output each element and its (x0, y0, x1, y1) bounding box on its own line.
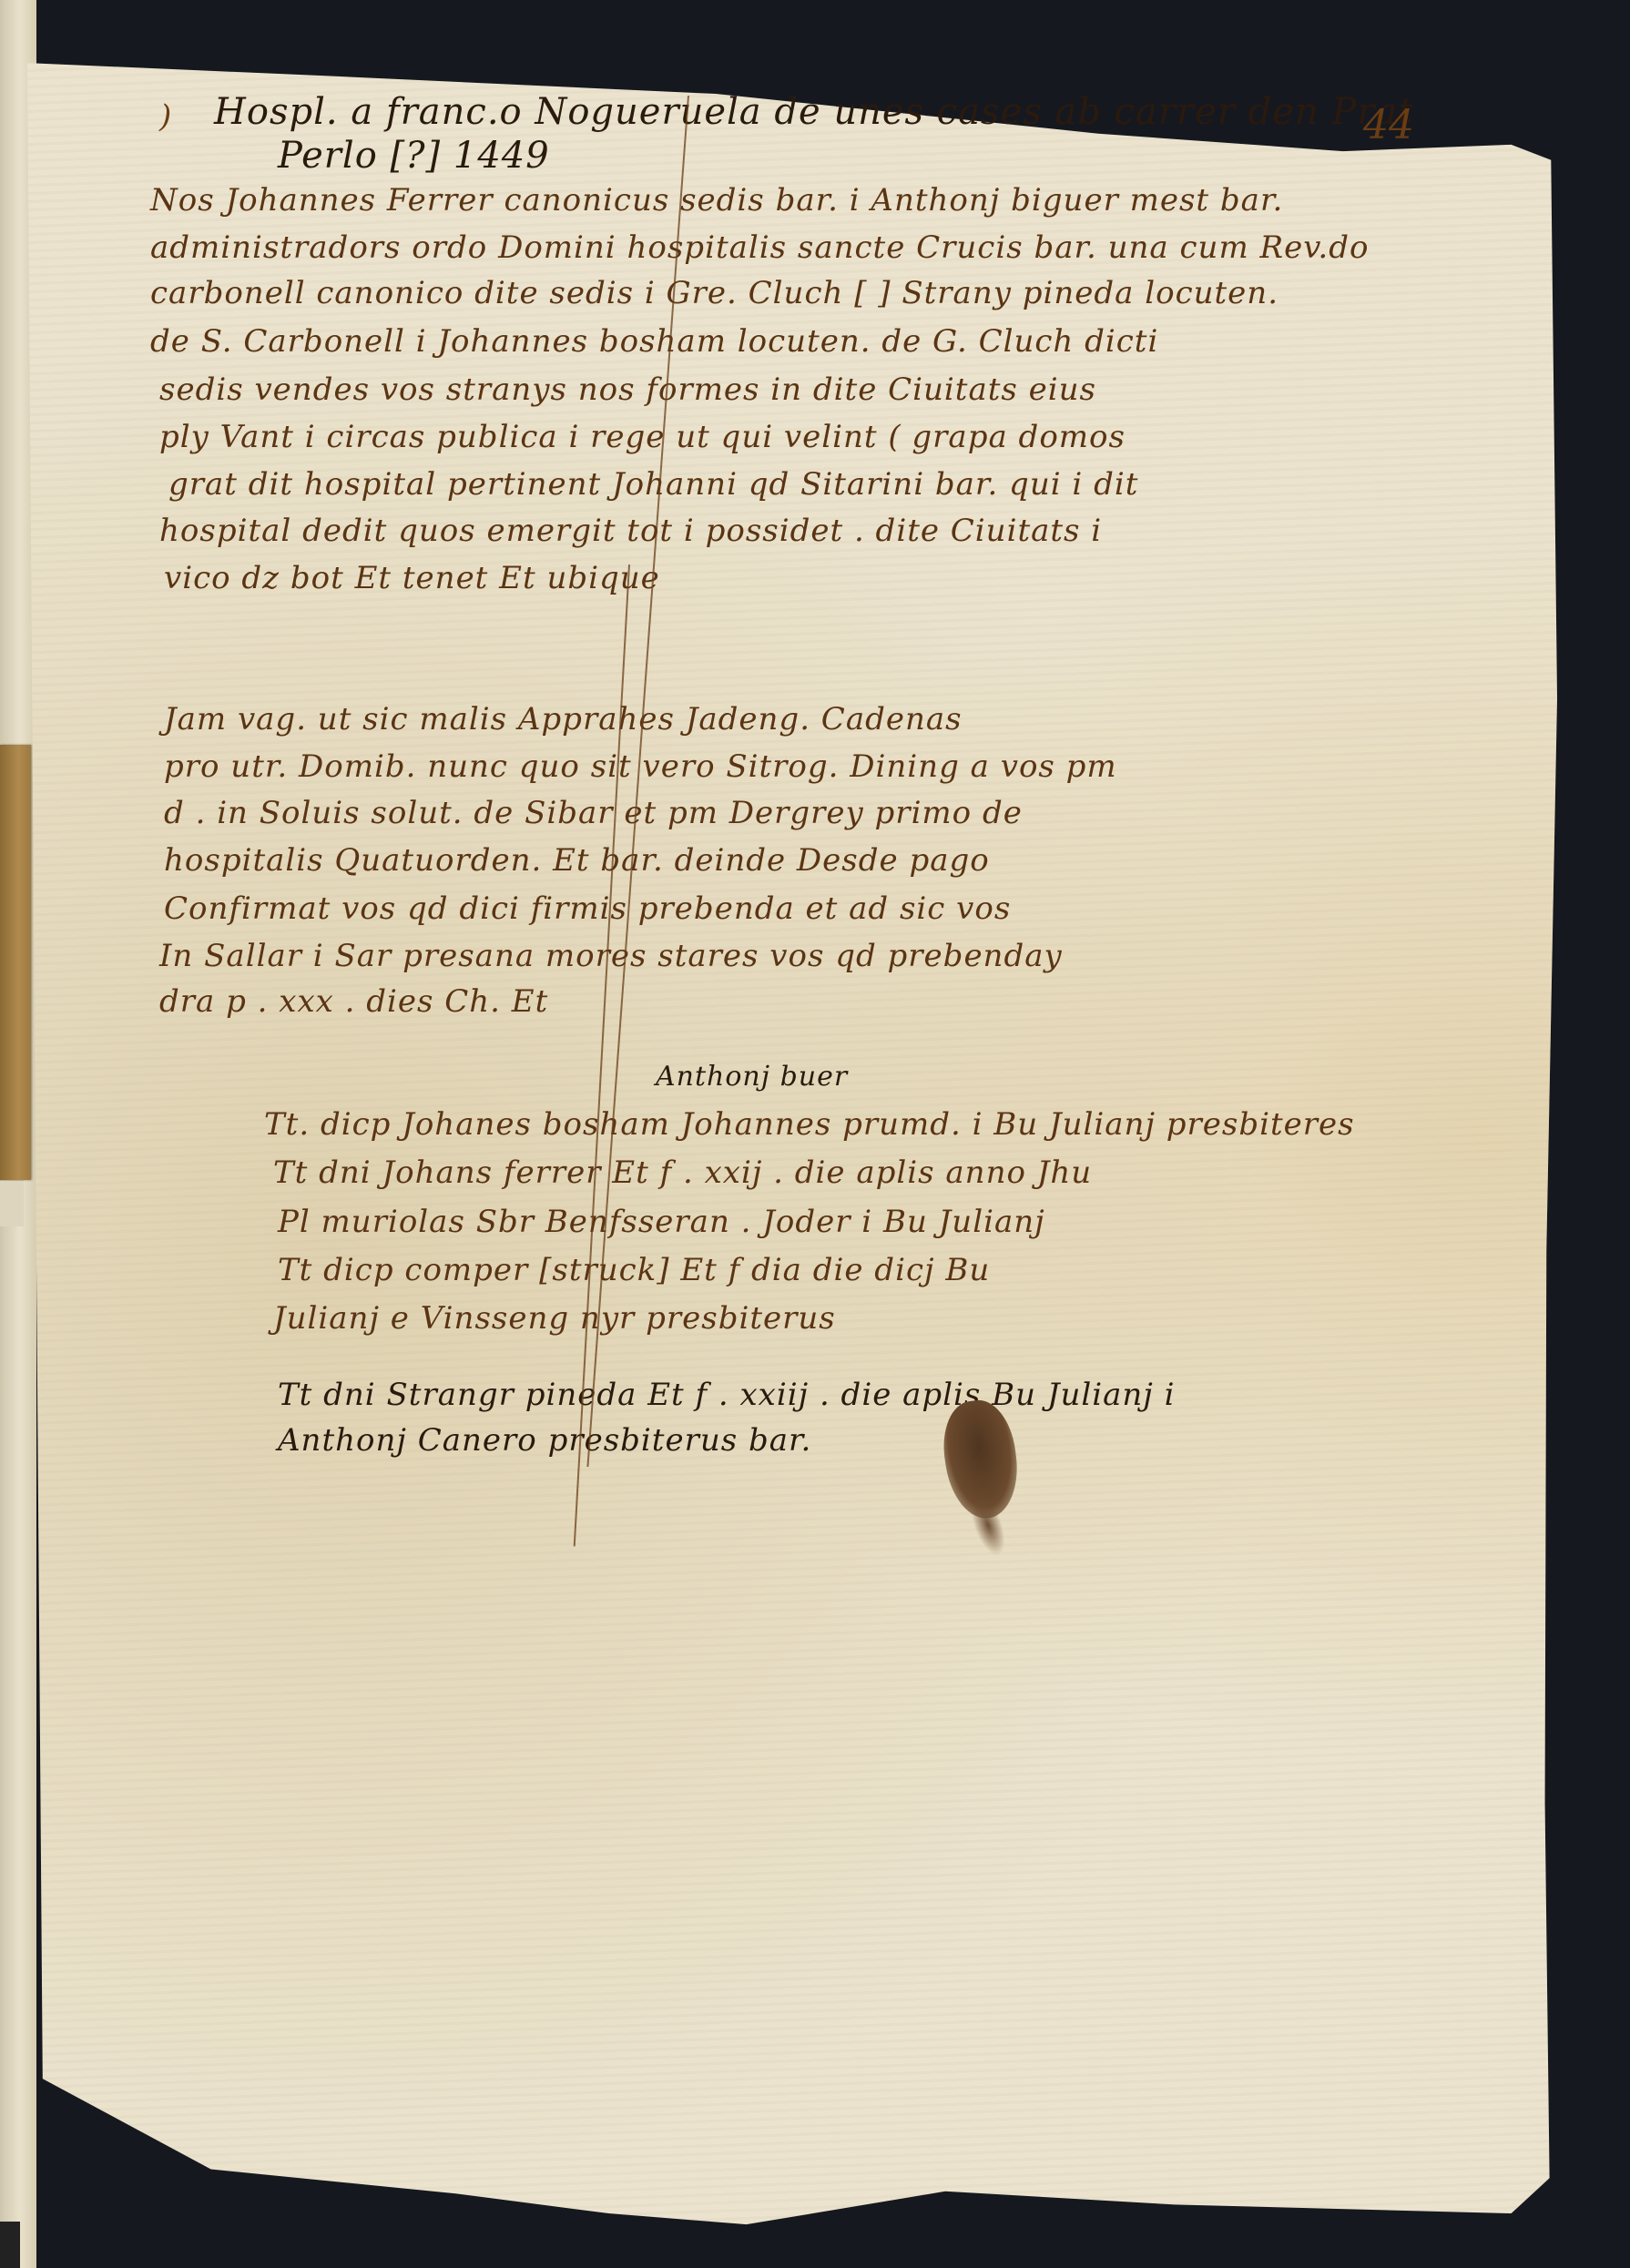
heading-line-1: Hospl. a franc.o Nogueruela de unes case… (214, 91, 1413, 133)
text-line: d . in Soluis solut. de Sibar et pm Derg… (164, 795, 1023, 831)
witness-line: Tt dni Johans ferrer Et f . xxij . die a… (273, 1154, 1092, 1191)
text-line: vico dz bot Et tenet Et ubique (164, 560, 660, 596)
binding-shadow (0, 2222, 20, 2268)
witness-line: Tt. dicp Johanes bosham Johannes prumd. … (264, 1106, 1355, 1143)
text-line: hospital dedit quos emergit tot i possid… (159, 513, 1102, 549)
binding-leather-tab (0, 745, 31, 1180)
witness-line: Tt dicp comper [struck] Et f dia die dic… (278, 1252, 990, 1288)
text-line: dra p . xxx . dies Ch. Et (159, 983, 548, 1020)
text-line: hospitalis Quatuorden. Et bar. deinde De… (164, 842, 990, 879)
witness-line: Julianj e Vinsseng nyr presbiterus (273, 1300, 836, 1337)
margin-marker: ) (159, 98, 171, 135)
text-line: de S. Carbonell i Johannes bosham locute… (150, 323, 1158, 360)
text-line: Jam vag. ut sic malis Apprahes Jadeng. C… (164, 701, 963, 737)
signatory-name: Anthonj buer (656, 1061, 848, 1093)
text-line: Nos Johannes Ferrer canonicus sedis bar.… (150, 182, 1283, 219)
text-line: administradors ordo Domini hospitalis sa… (150, 229, 1369, 266)
text-line: grat dit hospital pertinent Johanni qd S… (168, 466, 1138, 503)
binding-strip (0, 1180, 24, 1226)
text-line: carbonell canonico dite sedis i Gre. Clu… (150, 275, 1279, 311)
witness-line: Pl muriolas Sbr Benfsseran . Joder i Bu … (278, 1204, 1045, 1240)
witness-line: Tt dni Strangr pineda Et f . xxiij . die… (278, 1377, 1176, 1413)
heading-line-2: Perlo [?] 1449 (278, 135, 550, 177)
folio-number: 44 (1363, 102, 1414, 148)
text-line: Confirmat vos qd dici firmis prebenda et… (164, 890, 1011, 927)
text-line: In Sallar i Sar presana mores stares vos… (159, 938, 1063, 974)
text-line: sedis vendes vos stranys nos formes in d… (159, 371, 1096, 408)
witness-line: Anthonj Canero presbiterus bar. (278, 1422, 811, 1459)
text-line: ply Vant i circas publica i rege ut qui … (159, 419, 1126, 455)
